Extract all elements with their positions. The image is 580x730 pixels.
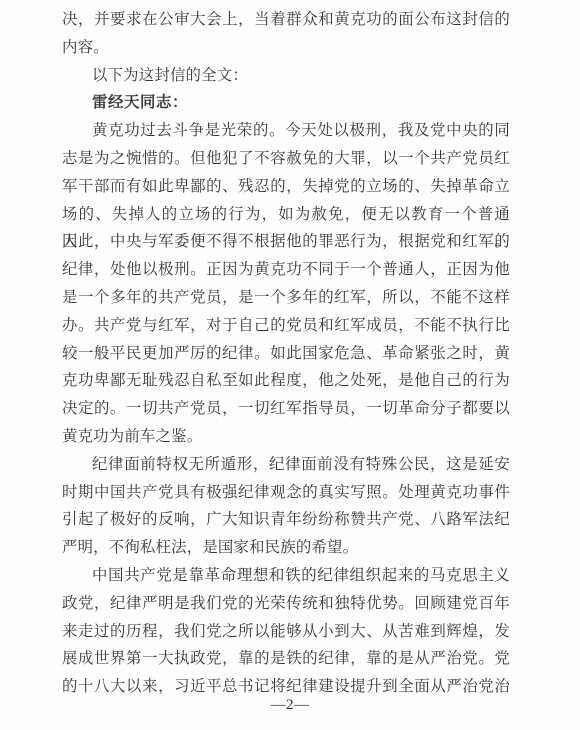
text-line: 决定的。一切共产党员，一切红军指导员，一切革命分子都要以	[62, 395, 510, 423]
text-line: 克功卑鄙无耻残忍自私至如此程度，他之处死，是他自己的行为	[62, 367, 510, 395]
text-line: 时期中国共产党具有极强纪律观念的真实写照。处理黄克功事件	[62, 479, 510, 507]
text-line: 中国共产党是靠革命理想和铁的纪律组织起来的马克思主义	[62, 562, 510, 590]
text-line: 较一般平民更加严厉的纪律。如此国家危急、革命紧张之时，黄	[62, 340, 510, 368]
text-line: 军干部而有如此卑鄙的、残忍的，失掉党的立场的、失掉革命立	[62, 173, 510, 201]
text-line: 办。共产党与红军，对于自己的党员和红军成员，不能不执行比	[62, 312, 510, 340]
text-line: 政党，纪律严明是我们党的光荣传统和独特优势。回顾建党百年	[62, 590, 510, 618]
text-line: 纪律面前特权无所遁形，纪律面前没有特殊公民，这是延安	[62, 451, 510, 479]
document-body: 决，并要求在公审大会上，当着群众和黄克功的面公布这封信的 内容。 以下为这封信的…	[62, 6, 510, 701]
text-line: 黄克功过去斗争是光荣的。今天处以极刑，我及党中央的同	[62, 117, 510, 145]
text-line: 展成世界第一大执政党，靠的是铁的纪律，靠的是从严治党。党	[62, 645, 510, 673]
text-line: 内容。	[62, 34, 510, 62]
page-number: —2—	[0, 697, 580, 714]
letter-salutation: 雷经天同志：	[62, 89, 510, 117]
text-line: 严明，不徇私枉法，是国家和民族的希望。	[62, 534, 510, 562]
text-line: 纪律，处他以极刑。正因为黄克功不同于一个普通人，正因为他	[62, 256, 510, 284]
text-line: 因此，中央与军委便不得不根据他的罪恶行为，根据党和红军的	[62, 228, 510, 256]
text-line: 是一个多年的共产党员，是一个多年的红军，所以，不能不这样	[62, 284, 510, 312]
text-line: 场的、失掉人的立场的行为，如为赦免，便无以教育一个普通人。	[62, 201, 510, 229]
letter-intro-line: 以下为这封信的全文：	[62, 62, 510, 90]
text-line: 黄克功为前车之鉴。	[62, 423, 510, 451]
text-line: 来走过的历程，我们党之所以能够从小到大、从苦难到辉煌，发	[62, 618, 510, 646]
document-page: 决，并要求在公审大会上，当着群众和黄克功的面公布这封信的 内容。 以下为这封信的…	[0, 0, 580, 730]
text-line: 引起了极好的反响，广大知识青年纷纷称赞共产党、八路军法纪	[62, 506, 510, 534]
text-line: 决，并要求在公审大会上，当着群众和黄克功的面公布这封信的	[62, 6, 510, 34]
text-line: 志是为之惋惜的。但他犯了不容赦免的大罪，以一个共产党员红	[62, 145, 510, 173]
